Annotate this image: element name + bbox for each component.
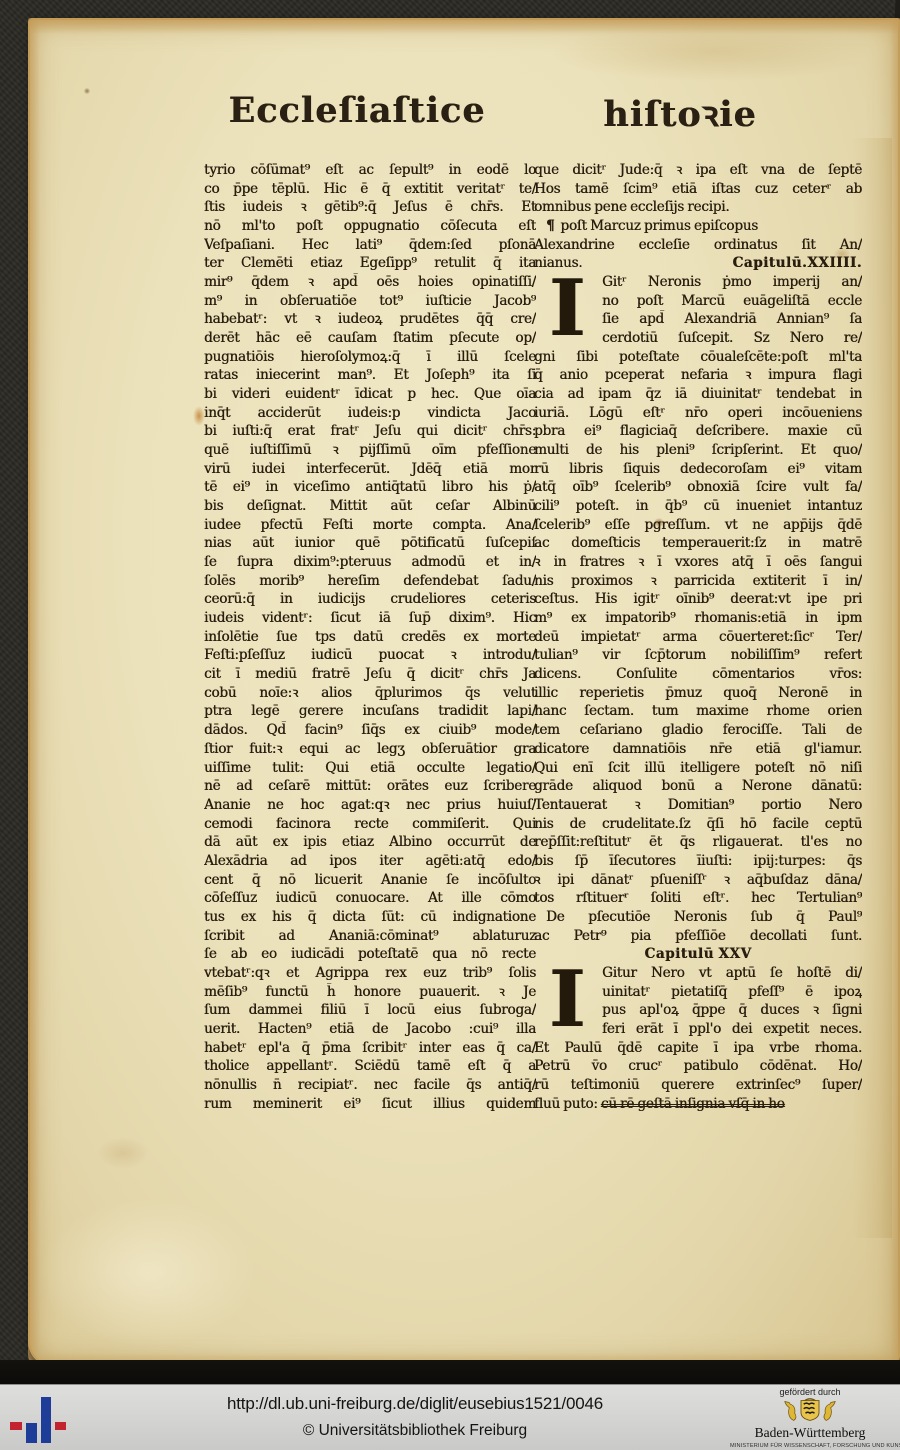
text-line: ratas iniecerint man⁹. Et Joſeph⁹ ita ſi [204,366,536,385]
text-line: cōſeſſuz iudicū conuocare. At ille cōmo [204,889,536,908]
text-line: ac domeſticis temperauerit:ſz in matrē [534,534,862,553]
text-line: tholice appellantʳ. Sciēdū tamē eſt q̄ a [204,1057,536,1076]
text-line: tulian⁹ vir ſcp̄torum nobiliſſim⁹ refert [534,646,862,665]
logo-red-bar [10,1422,22,1430]
text-line: habetʳ epl'a q̄ p̄ma ſcribitʳ inter eas … [204,1039,536,1058]
text-line: Tentauerat ꝛ Domitian⁹ portio Nero [534,796,862,815]
running-head-right: hiſtoꝛie [516,90,844,137]
text-line: cent q̄ nō licuerit Ananie ſe incōſulto [204,871,536,890]
text-line: ſolēs morib⁹ hereſim defendebat ſadu/ [204,572,536,591]
text-line: atq̄ oīb⁹ ſcelerib⁹ obnoxiā ſcire vult f… [534,478,862,497]
text-line: cerdotiū ſuſcepit. Sz Nero re/ [602,329,862,348]
stain-top-right [548,22,878,82]
funding-org-name: Baden-Württemberg [730,1425,890,1441]
chapter24-number: Capitulū.XXIIII. [732,254,862,273]
text-line: nōnullis n̄ recipiatʳ. nec facile q̄s an… [204,1076,536,1095]
chapter25-opening: I Gitur Nero vt aptū ſe hoſtē di/uinitat… [534,964,862,1039]
chapter24-drop-lines: Gitʳ Neronis ṗmo imperij an/no poſt Marc… [602,273,862,348]
worn-patch-bottom-left [38,1198,258,1348]
text-line: multi de his pleni⁹ ſcripſerint. Et quo/ [534,441,862,460]
text-line: nis de crudelitate.ſz q̄ſi hō facile cep… [534,815,862,834]
text-line: cili⁹ poteſt. in q̄b⁹ cū inueniet intant… [534,497,862,516]
text-line: tyrio cōſūmat⁹ eſt ac ſepult⁹ in eodē lo [204,161,536,180]
chapter25-drop-lines: Gitur Nero vt aptū ſe hoſtē di/uinitatʳ … [602,964,862,1039]
text-line: bi videri euidentʳ īdicat p hec. Que oīa [204,385,536,404]
struck-through-text: cū rē geſtā inſignia vſq̄ in ho [601,1096,785,1112]
funding-label: gefördert durch [730,1387,890,1397]
text-line: dicens. Conſulite cōmentarios vr̄os: [534,665,862,684]
text-line: feri erāt ī ppl'o dei expetit neces. [602,1020,862,1039]
text-line: m⁹ in obſeruatiōe tot⁹ iuſticie Jacob⁹ [204,292,536,311]
text-line: cit ī mediū fratrē Jeſu q̄ dicitʳ chr̄s … [204,665,536,684]
text-line: ceorū:q̄ in iudicijs crudeliores ceteris [204,590,536,609]
text-line: dā aūt ex ipis etiaz Albino occurrūt de [204,833,536,852]
text-line: ꝛ ipi dānatʳ pſueniſſʳ ꝛ aq̄buſdaz dāna/ [534,871,862,890]
text-line: ptra legē gerere incuſans tradidit lapi/ [204,702,536,721]
text-line: nō ml'to poſt oppugnatio cōſecuta eſt [204,217,536,236]
text-line: bi iuſti:q̄ erat fratʳ Jeſu qui dicitʳ c… [204,422,536,441]
document-url-text: http://dl.ub.uni-freiburg.de/diglit/euse… [140,1394,690,1414]
text-line: rep̄ſſit:reſtitutʳ ēt q̄s rligauerat. tl… [534,833,862,852]
text-line: inſolētie ſue tps datū credēs ex morte [204,628,536,647]
text-line: ſe ſupra dixim⁹:pteruus admodū et in/ [204,553,536,572]
text-line: grāde aliquod bonū a Nerone dānatū: [534,777,862,796]
baden-wuerttemberg-crest-icon [781,1397,839,1424]
chapter25-tail: Et Paulū q̄dē capite ī ipa vrbe rhoma.Pe… [534,1039,862,1095]
chapter25-heading-line1: De pſecutiōe Neronis ſub q̄ Paul⁹ [534,908,862,927]
running-head-left: Eccleſiaſtice [186,90,528,131]
text-line: Feſti:pſeſſuz iudicū puocat ꝛ introdu/ [204,646,536,665]
paragraph-intro-last-line: omnibus pene eccleſijs recipi. [534,198,862,217]
chapter25-heading-line2: ac Petr⁹ pia pfeſſiōe decollati ſunt. [534,927,862,946]
text-line: uerit. Hacten⁹ etiā de Jacobo :cui⁹ illa [204,1020,536,1039]
text-line: cia ad ipam q̄z iā diuinitatʳ tendebat i… [534,385,862,404]
text-line: q̄ anio pceperat nefaria ꝛ impura flagi [534,366,862,385]
text-line: Petrū v̄o crucʳ patibulo cōdēnat. Ho/ [534,1057,862,1076]
text-line: tos rſtituerʳ ſoliti eſtʳ. hec Tertulian… [534,889,862,908]
text-line: ter Clemēti etiaz Egeſipp⁹ retulit q̄ it… [204,254,536,273]
text-line: quē iuſtiſſimū ꝛ pijſſimū oīm pfeſſione [204,441,536,460]
text-line: bis ſp̄ īſecutores īiuſti: ipij:turpes: … [534,852,862,871]
paragraph-intro: que dicitʳ Jude:q̄ ꝛ ipa eſt vna de ſept… [534,161,862,198]
footer-bar: http://dl.ub.uni-freiburg.de/diglit/euse… [0,1384,900,1450]
text-line: illic reperietis p̄muz quoq̄ Neronē in [534,684,862,703]
funding-block: gefördert durch Baden-Württemberg MINIST… [730,1387,890,1449]
text-line: ceſtus. His igitʳ oīnib⁹ deerat:vt ipe p… [534,590,862,609]
text-line: co p̄pe tēplū. Hic ē q̄ extitit veritatʳ… [204,180,536,199]
copyright-text: © Universitätsbibliothek Freiburg [140,1422,690,1440]
last-line-with-strikethrough: fluū puto: cū rē geſtā inſignia vſq̄ in … [534,1095,862,1114]
text-line: dādos. Qd̄ facin⁹ ſiq̄s ex ciuib⁹ mode/ [204,721,536,740]
text-line: ſie apd̄ Alexandriā Annian⁹ ſa [602,310,862,329]
drop-cap-initial: I [538,278,596,340]
text-line: derēt hāc eē cauſam ſtatim pſecute op/ [204,329,536,348]
text-line: Hos tamē ſcim⁹ etiā iſtas cuz ceterʳ ab [534,180,862,199]
text-line: vtebatʳ:qꝛ et Agrippa rex euz trib⁹ ſoli… [204,964,536,983]
text-line: ꝛ in fratres ꝛ ī vxores atq̄ ī oēs ſangu… [534,553,862,572]
chapter24-heading-line1: ¶poſt Marcuz primus epiſcopus [534,217,862,236]
text-line: iudeis videntʳ: ſicut iā ſup̄ dixim⁹. Hi… [204,609,536,628]
text-line: virū iudei interfecerūt. Jdēq̄ etiā mor [204,460,536,479]
text-line: tem ceſariano gladio ferociſſe. Tali de [534,721,862,740]
funding-ministry-name: MINISTERIUM FÜR WISSENSCHAFT, FORSCHUNG … [730,1443,890,1449]
text-line: mēſib⁹ functū h̄ honore puauerit. ꝛ Je [204,983,536,1002]
foxing-smudge [98,1138,148,1168]
text-column-left: tyrio cōſūmat⁹ eſt ac ſepult⁹ in eodē lo… [204,161,536,1113]
text-line: rū libris ſiquis dedecoroſam ei⁹ vitam [534,460,862,479]
scanned-book-page: Eccleſiaſtice hiſtoꝛie tyrio cōſūmat⁹ eſ… [28,18,900,1367]
page-edge-browning-left [28,18,40,1367]
text-line: Veſpaſiani. Hec lati⁹ q̄dem:ſed pſonā [204,236,536,255]
text-line: m⁹ ex impatorib⁹ rhomanis:etiā in ipm [534,609,862,628]
text-line: Gitʳ Neronis ṗmo imperij an/ [602,273,862,292]
text-line: dicatore damnatiōis nr̄e etiā gl'iamur. [534,740,862,759]
text-line: Gitur Nero vt aptū ſe hoſtē di/ [602,964,862,983]
text-line: tus ex his q̄ dicta ſūt: cū indignatione [204,908,536,927]
text-column-right: que dicitʳ Jude:q̄ ꝛ ipa eſt vna de ſept… [534,161,862,1113]
text-line: ſum dammei filiū ī locū eius ſubroga/ [204,1001,536,1020]
text-line: pus apl'oꝝ q̄ppe q̄ duces ꝛ ſigni [602,1001,862,1020]
text-line: ſe ab eo iudicādi poteſtatē qua nō recte [204,945,536,964]
paragraph-mark: ¶ [546,218,560,234]
text-line: uinitatʳ pietatiſq̄ pfeſſ⁹ ē ipoꝝ [602,983,862,1002]
text-line: rū teſtimoniū querere extrinſec⁹ ſuper/ [534,1076,862,1095]
text-line: ſtior fuit:ꝛ equi ac legʒ obſeruātior gr… [204,740,536,759]
text-line: iudee pfectū Feſti morte compta. Ana/ [204,516,536,535]
text-line: rum meminerit ei⁹ ſicut illius quidem [204,1095,536,1114]
logo-red-bar [55,1422,66,1430]
page-bottom-shadow [0,1360,900,1384]
text-line: Qui enī ſcit illū itelligere poteſt nō n… [534,759,862,778]
chapter24-body: gni ſibi poteſtate cōualeſcēte:poſt ml't… [534,348,862,908]
page-edge-browning-right [890,18,900,1367]
foxing-spot [84,88,90,94]
text-line: nias aūt iunior quē pōtificatū ſuſcepiſ [204,534,536,553]
text-line: habebatʳ: vt ꝛ iudeoꝝ prudētes q̄q̄ cre/ [204,310,536,329]
text-line: pugnatiōis hieroſolymoꝝ:q̄ ī illū ſcele [204,348,536,367]
ub-freiburg-logo-icon [6,1385,76,1450]
text-line: ſcelerib⁹ eſſe pgreſſum. vt ne app̄ijs q… [534,516,862,535]
chapter24-opening: I Gitʳ Neronis ṗmo imperij an/no poſt Ma… [534,273,862,348]
page-edge-browning-top [28,18,900,34]
drop-cap-initial: I [538,969,596,1031]
chapter24-heading-line2: Alexandrine eccleſie ordinatus ſit An/ [534,236,862,255]
footer-text-block: http://dl.ub.uni-freiburg.de/diglit/euse… [140,1394,690,1440]
text-line: pbra ei⁹ flagiciaq̄ deſcribere. maxie cū [534,422,862,441]
text-line: bis deſignat. Mittit aūt ceſar Albinū [204,497,536,516]
text-line: no poſt Marcū euāgeliſtā eccle [602,292,862,311]
text-line: iuriā. Lōgū eſtʳ nr̄o operi incōueniens [534,404,862,423]
text-line: nē ad ceſarē mittūt: orātes euz ſcribere [204,777,536,796]
text-line: ſtis iudeis ꝛ gētib⁹:q̄ Jeſus ē chr̄s. E… [204,198,536,217]
text-line: cemodi facinora recte commiſerit. Qui [204,815,536,834]
text-line: ſcribit ad Ananiā:cōminat⁹ ablaturuz [204,927,536,946]
text-line: uiſſime tulit: Qui etiā occulte legatio/ [204,759,536,778]
text-line: tē ei⁹ in viceſimo antiq̄tatū libro his … [204,478,536,497]
text-line: Ananie ne hoc agat:qꝛ nec prius huiuſ/ [204,796,536,815]
text-line: nis proximos ꝛ parricida extiterit ī in/ [534,572,862,591]
logo-blue-bar-tall [41,1397,51,1443]
text-line: mir⁹ q̄dem ꝛ apd̄ oēs hoies opinatiſſi/ [204,273,536,292]
text-line: inq̄t acciderūt iudeis:p vindicta Jaco [204,404,536,423]
logo-blue-bar [26,1423,37,1443]
text-line: Alexādria ad ipos iter agēti:atq̄ edo/ [204,852,536,871]
text-line: hanc ſectam. tum maxime rhome orien [534,702,862,721]
text-line: cobū noīe:ꝛ alios q̄plurimos q̄s velut [204,684,536,703]
text-line: que dicitʳ Jude:q̄ ꝛ ipa eſt vna de ſept… [534,161,862,180]
text-line: deū impietatʳ arma cōuerteret:ſicʳ Ter/ [534,628,862,647]
